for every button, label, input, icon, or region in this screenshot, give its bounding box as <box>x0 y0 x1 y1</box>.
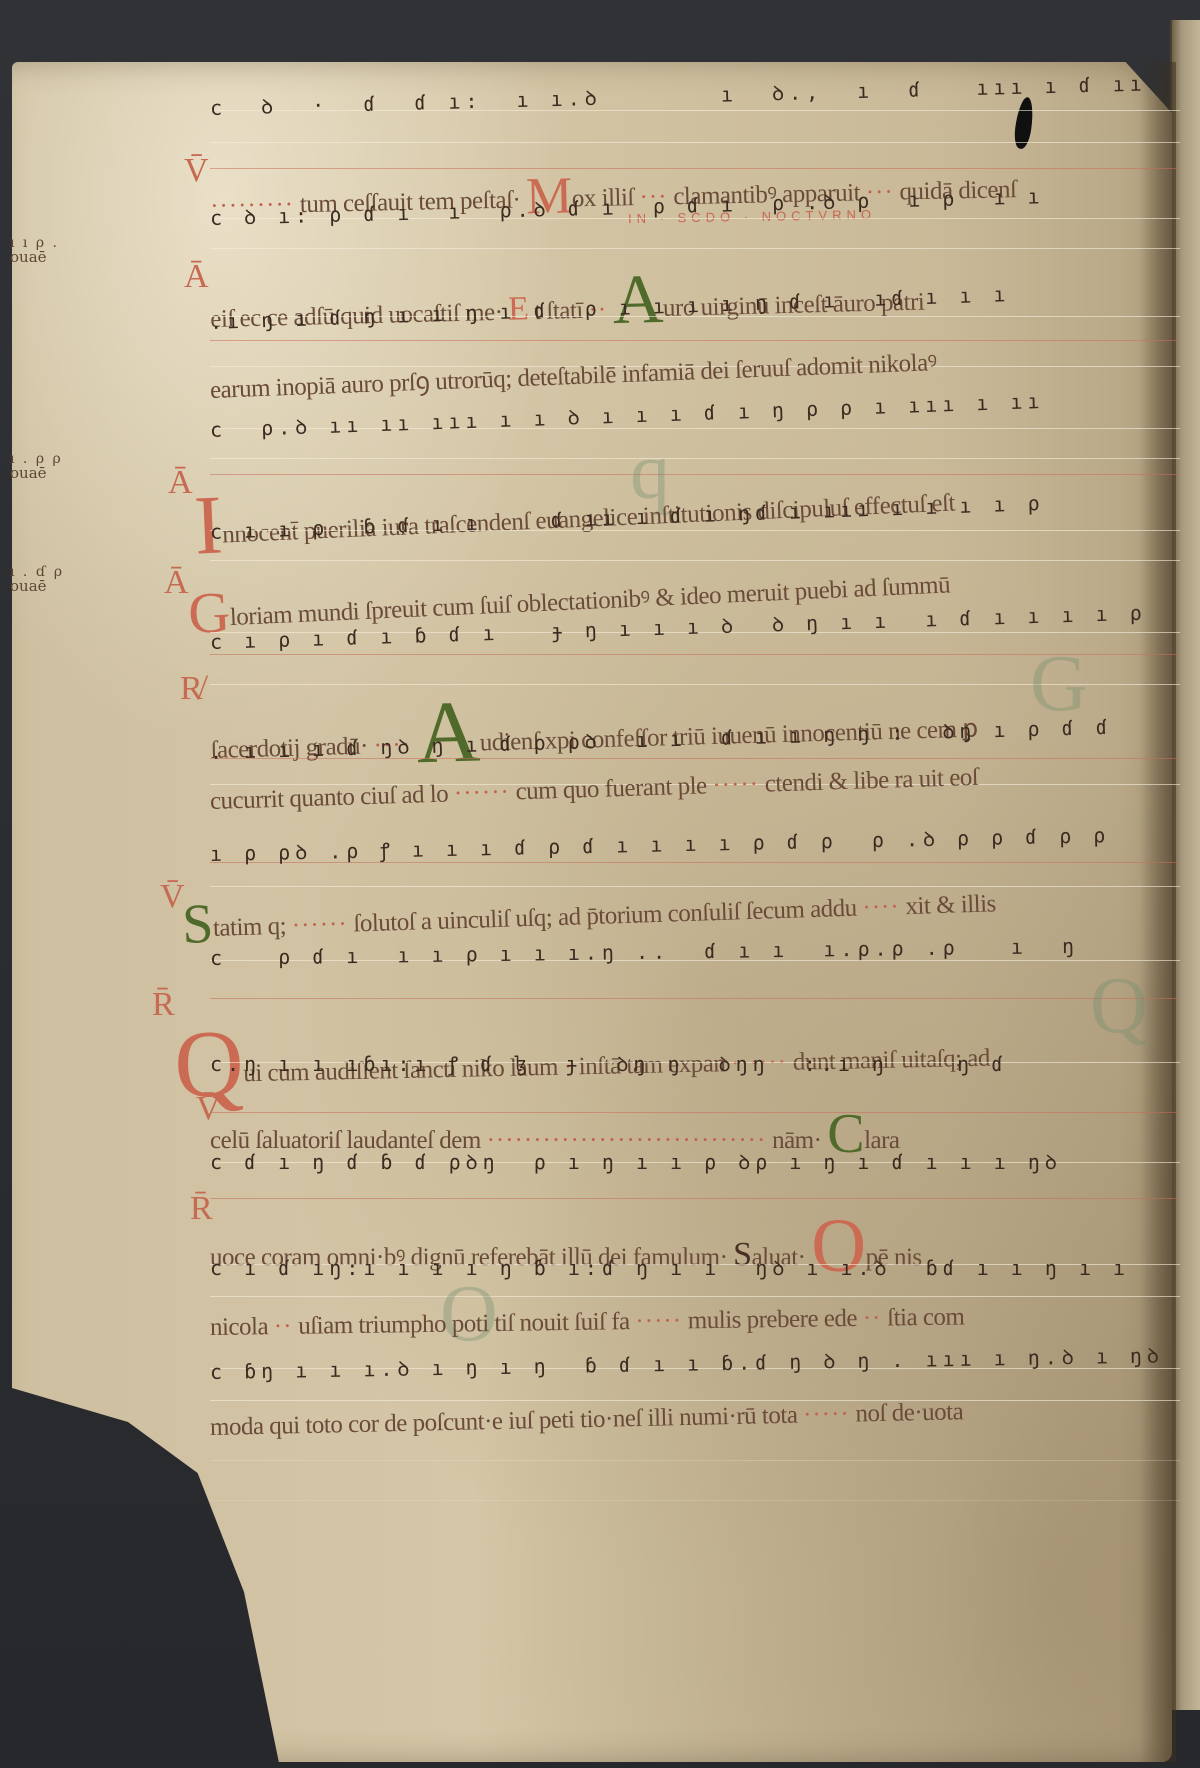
ghost-initial-offset: G <box>1030 644 1088 724</box>
line-marker: Ā <box>184 258 209 296</box>
margin-text: ouaē <box>10 464 47 482</box>
line-marker: R̄ <box>152 986 175 1024</box>
margin-text: ouaē <box>10 577 47 595</box>
line-marker: Ā <box>164 564 189 602</box>
margin-text: ouaē <box>10 248 47 266</box>
neume-line: c ɗ ı ŋ ɗ ɓ ɗ ρꝺŋ ρ ı ŋ ı ı ρ ꝺρ ı ŋ ı ɗ… <box>210 1148 1062 1175</box>
line-marker: Ā <box>168 464 193 502</box>
gutter-shadow <box>1140 62 1176 1762</box>
ghost-initial-offset: Q <box>1090 966 1148 1046</box>
line-marker: R̸ <box>180 670 203 708</box>
margin-cue: ı ı ρ . ouaē <box>10 236 59 264</box>
neume-line: c ı ɗ ıŋ:ı ı ı ı ŋ ɓ ı:ɗ ŋ ı ı ŋꝺ ı ı.ꝺ … <box>210 1254 1130 1281</box>
neume-line: c.ŋ ı ı ıɓı:ı ꝭ ɗ ɮ ɟ ꝺŋ ŋ ꝺŋŋ :.ı ŋ ŋ ɗ <box>210 1050 1008 1077</box>
line-marker: V̄ <box>184 152 209 190</box>
margin-cue: ı . ρ ρ ouaē <box>10 452 63 480</box>
margin-cue: ı . ɗ ρ ouaē <box>10 565 64 593</box>
chant-text-line: Qui cum audiſſent ſancti niko laum · inſ… <box>209 986 990 1098</box>
